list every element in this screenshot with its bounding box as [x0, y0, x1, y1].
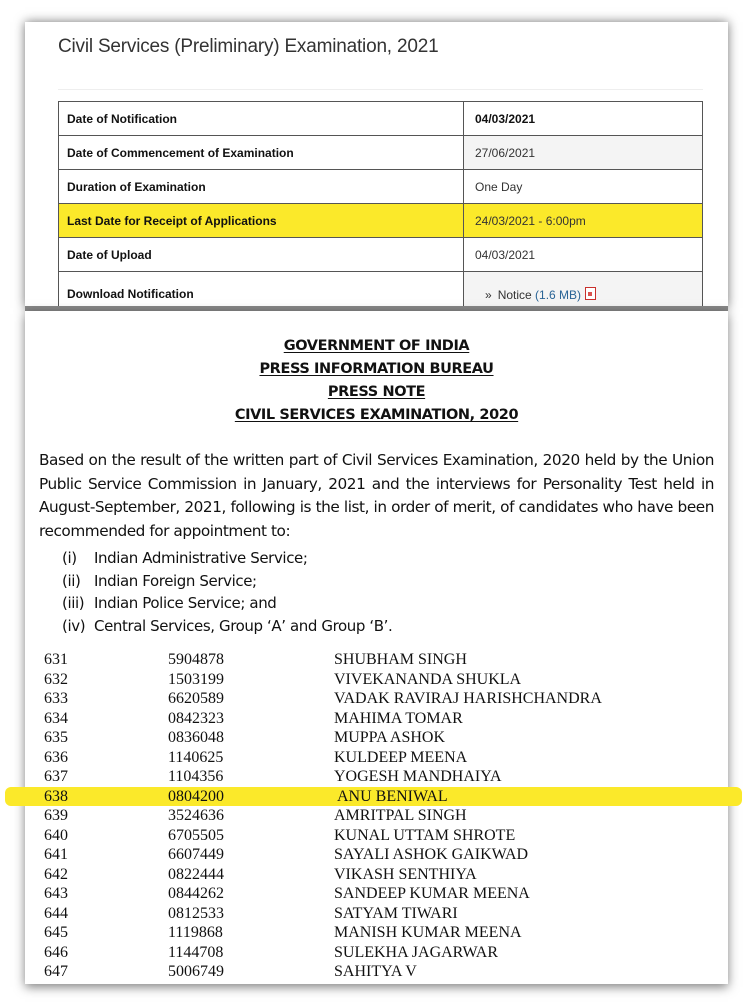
- rank: 643: [44, 884, 68, 904]
- merit-row-highlighted: 6380804200ANU BENIWAL: [5, 787, 742, 807]
- candidate-name: MAHIMA TOMAR: [334, 709, 463, 729]
- merit-row: 6451119868MANISH KUMAR MEENA: [25, 923, 728, 943]
- merit-row: 6420822444VIKASH SENTHIYA: [25, 865, 728, 885]
- bullet-icon: »: [485, 288, 492, 302]
- rank: 636: [44, 748, 68, 768]
- service-number: (i): [62, 547, 94, 570]
- rank: 646: [44, 943, 68, 963]
- notice-text[interactable]: Notice: [498, 288, 532, 302]
- merit-row: 6340842323MAHIMA TOMAR: [25, 709, 728, 729]
- candidate-name: SAHITYA V: [334, 962, 417, 982]
- rank: 634: [44, 709, 68, 729]
- service-name: Indian Administrative Service;: [94, 547, 308, 570]
- notification-panel: Civil Services (Preliminary) Examination…: [25, 22, 728, 308]
- service-number: (iii): [62, 592, 94, 615]
- download-label: Download Notification: [59, 272, 464, 309]
- info-value: 27/06/2021: [464, 136, 703, 170]
- candidate-name: SAYALI ASHOK GAIKWAD: [334, 845, 528, 865]
- merit-list: 6315904878SHUBHAM SINGH6321503199VIVEKAN…: [25, 650, 728, 982]
- roll-number: 0804200: [168, 787, 224, 807]
- roll-number: 6705505: [168, 826, 224, 846]
- candidate-name: SANDEEP KUMAR MEENA: [334, 884, 530, 904]
- rank: 639: [44, 806, 68, 826]
- service-name: Indian Foreign Service;: [94, 570, 257, 593]
- rank: 633: [44, 689, 68, 709]
- roll-number: 1104356: [168, 767, 223, 787]
- candidate-name: KULDEEP MEENA: [334, 748, 467, 768]
- rank: 645: [44, 923, 68, 943]
- service-number: (ii): [62, 570, 94, 593]
- roll-number: 3524636: [168, 806, 224, 826]
- service-name: Central Services, Group ‘A’ and Group ‘B…: [94, 615, 392, 638]
- rank: 641: [44, 845, 68, 865]
- rank: 644: [44, 904, 68, 924]
- notice-link[interactable]: »Notice (1.6 MB): [475, 288, 596, 302]
- pdf-icon[interactable]: [585, 287, 596, 300]
- roll-number: 1119868: [168, 923, 223, 943]
- candidate-name: VADAK RAVIRAJ HARISHCHANDRA: [334, 689, 602, 709]
- services-list: (i)Indian Administrative Service;(ii)Ind…: [62, 547, 392, 637]
- info-row: Date of Notification04/03/2021: [59, 102, 703, 136]
- merit-row: 6461144708SULEKHA JAGARWAR: [25, 943, 728, 963]
- service-name: Indian Police Service; and: [94, 592, 276, 615]
- service-item: (iii)Indian Police Service; and: [62, 592, 392, 615]
- rank: 647: [44, 962, 68, 982]
- title-divider: [58, 89, 703, 90]
- roll-number: 5006749: [168, 962, 224, 982]
- intro-paragraph: Based on the result of the written part …: [39, 449, 714, 543]
- rank: 642: [44, 865, 68, 885]
- info-label: Date of Upload: [59, 238, 464, 272]
- info-value: 04/03/2021: [464, 102, 703, 136]
- press-note-panel: GOVERNMENT OF INDIA PRESS INFORMATION BU…: [25, 311, 728, 984]
- rank: 638: [44, 787, 68, 807]
- roll-number: 6620589: [168, 689, 224, 709]
- candidate-name: AMRITPAL SINGH: [334, 806, 467, 826]
- candidate-name: ANU BENIWAL: [337, 787, 448, 807]
- merit-row: 6393524636AMRITPAL SINGH: [25, 806, 728, 826]
- roll-number: 0842323: [168, 709, 224, 729]
- candidate-name: VIKASH SENTHIYA: [334, 865, 477, 885]
- merit-row: 6475006749SAHITYA V: [25, 962, 728, 982]
- info-row: Duration of ExaminationOne Day: [59, 170, 703, 204]
- roll-number: 6607449: [168, 845, 224, 865]
- file-size[interactable]: (1.6 MB): [535, 288, 581, 302]
- roll-number: 1503199: [168, 670, 224, 690]
- candidate-name: VIVEKANANDA SHUKLA: [334, 670, 521, 690]
- merit-row: 6371104356YOGESH MANDHAIYA: [25, 767, 728, 787]
- merit-row: 6336620589VADAK RAVIRAJ HARISHCHANDRA: [25, 689, 728, 709]
- roll-number: 1144708: [168, 943, 223, 963]
- roll-number: 0844262: [168, 884, 224, 904]
- service-item: (ii)Indian Foreign Service;: [62, 570, 392, 593]
- candidate-name: KUNAL UTTAM SHROTE: [334, 826, 515, 846]
- exam-title: Civil Services (Preliminary) Examination…: [58, 36, 438, 58]
- heading-pib: PRESS INFORMATION BUREAU: [259, 361, 493, 377]
- service-number: (iv): [62, 615, 94, 638]
- roll-number: 1140625: [168, 748, 223, 768]
- info-row: Date of Upload04/03/2021: [59, 238, 703, 272]
- info-label: Last Date for Receipt of Applications: [59, 204, 464, 238]
- merit-row: 6350836048MUPPA ASHOK: [25, 728, 728, 748]
- info-row: Date of Commencement of Examination27/06…: [59, 136, 703, 170]
- merit-row: 6416607449SAYALI ASHOK GAIKWAD: [25, 845, 728, 865]
- merit-row: 6315904878SHUBHAM SINGH: [25, 650, 728, 670]
- merit-row: 6361140625KULDEEP MEENA: [25, 748, 728, 768]
- info-value: 24/03/2021 - 6:00pm: [464, 204, 703, 238]
- rank: 637: [44, 767, 68, 787]
- info-value: 04/03/2021: [464, 238, 703, 272]
- merit-row: 6321503199VIVEKANANDA SHUKLA: [25, 670, 728, 690]
- press-note-headings: GOVERNMENT OF INDIA PRESS INFORMATION BU…: [25, 335, 728, 427]
- rank: 640: [44, 826, 68, 846]
- heading-exam: CIVIL SERVICES EXAMINATION, 2020: [235, 407, 518, 423]
- roll-number: 5904878: [168, 650, 224, 670]
- candidate-name: MUPPA ASHOK: [334, 728, 445, 748]
- roll-number: 0822444: [168, 865, 224, 885]
- info-value: One Day: [464, 170, 703, 204]
- heading-press-note: PRESS NOTE: [328, 384, 425, 400]
- candidate-name: SATYAM TIWARI: [334, 904, 458, 924]
- candidate-name: SULEKHA JAGARWAR: [334, 943, 498, 963]
- rank: 631: [44, 650, 68, 670]
- roll-number: 0836048: [168, 728, 224, 748]
- roll-number: 0812533: [168, 904, 224, 924]
- service-item: (iv)Central Services, Group ‘A’ and Grou…: [62, 615, 392, 638]
- merit-row: 6430844262SANDEEP KUMAR MEENA: [25, 884, 728, 904]
- rank: 635: [44, 728, 68, 748]
- candidate-name: YOGESH MANDHAIYA: [334, 767, 502, 787]
- download-row: Download Notification»Notice (1.6 MB): [59, 272, 703, 309]
- info-label: Duration of Examination: [59, 170, 464, 204]
- merit-row: 6440812533SATYAM TIWARI: [25, 904, 728, 924]
- info-label: Date of Notification: [59, 102, 464, 136]
- info-row: Last Date for Receipt of Applications24/…: [59, 204, 703, 238]
- heading-government: GOVERNMENT OF INDIA: [284, 338, 470, 354]
- service-item: (i)Indian Administrative Service;: [62, 547, 392, 570]
- candidate-name: MANISH KUMAR MEENA: [334, 923, 522, 943]
- exam-info-table: Date of Notification04/03/2021Date of Co…: [58, 101, 703, 308]
- candidate-name: SHUBHAM SINGH: [334, 650, 467, 670]
- info-label: Date of Commencement of Examination: [59, 136, 464, 170]
- merit-row: 6406705505KUNAL UTTAM SHROTE: [25, 826, 728, 846]
- rank: 632: [44, 670, 68, 690]
